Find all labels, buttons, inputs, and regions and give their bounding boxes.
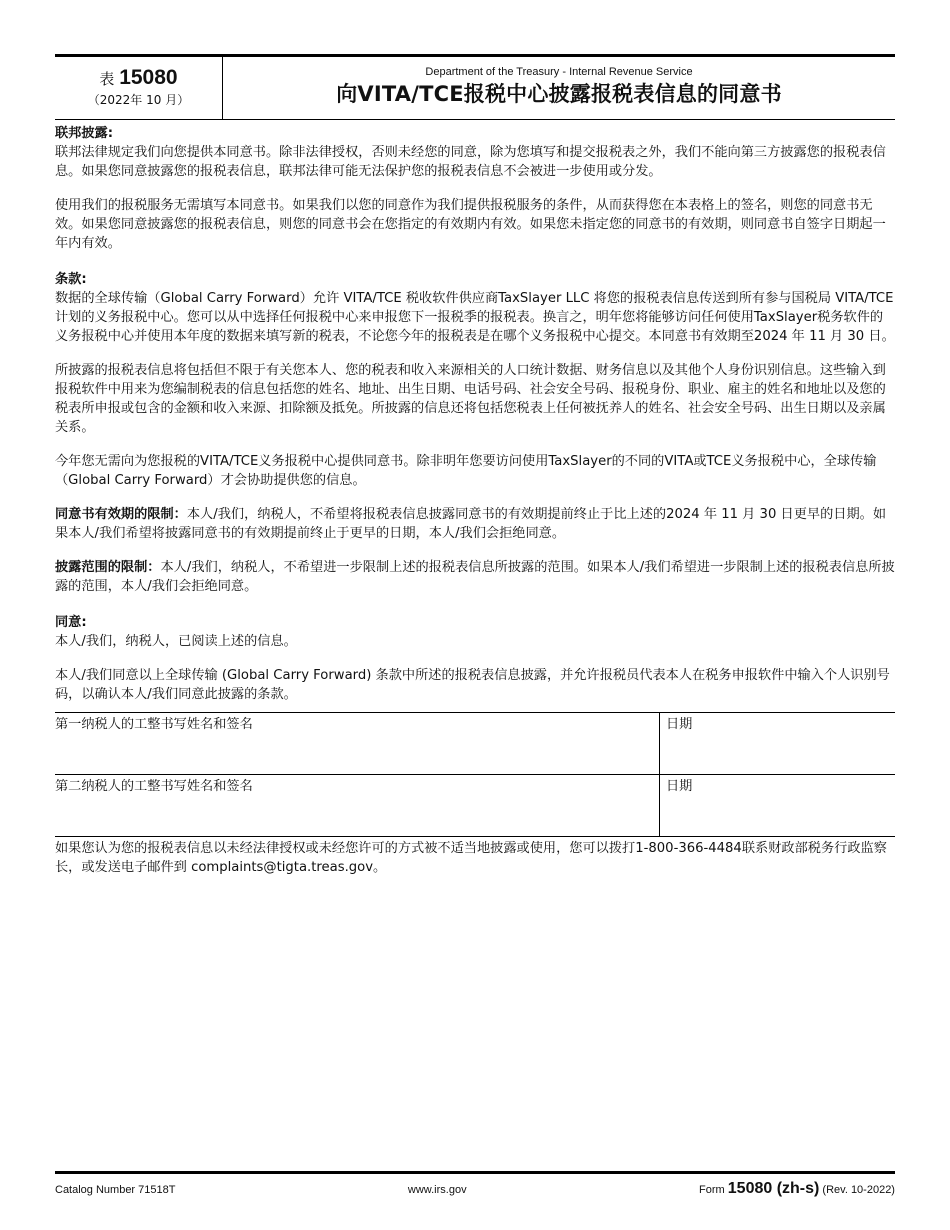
- footer-row: Catalog Number 71518T www.irs.gov Form 1…: [55, 1174, 895, 1198]
- secondary-taxpayer-signature-label: 第二纳税人的工整书写姓名和签名: [55, 779, 253, 794]
- federal-disclosure-heading: 联邦披露:: [55, 124, 895, 143]
- footer-form-word: Form: [699, 1184, 725, 1196]
- form-id-box: 表 15080 （2022年 10 月）: [55, 57, 223, 119]
- primary-taxpayer-signature-field[interactable]: 第一纳税人的工整书写姓名和签名: [55, 713, 659, 774]
- form-number-line: 表 15080: [55, 67, 222, 90]
- secondary-taxpayer-date-field[interactable]: 日期: [659, 775, 895, 836]
- footer-form-id: 15080 (zh-s): [728, 1180, 820, 1197]
- duration-limit-label: 同意书有效期的限制：: [55, 507, 187, 522]
- secondary-date-label: 日期: [666, 779, 692, 794]
- scope-limit-label: 披露范围的限制：: [55, 560, 161, 575]
- signature-table: 第一纳税人的工整书写姓名和签名 日期 第二纳税人的工整书写姓名和签名 日期: [55, 712, 895, 837]
- form-header: 表 15080 （2022年 10 月） Department of the T…: [55, 57, 895, 120]
- terms-heading: 条款:: [55, 270, 895, 289]
- footer-form-number: Form 15080 (zh-s) (Rev. 10-2022): [699, 1180, 895, 1198]
- primary-taxpayer-date-field[interactable]: 日期: [659, 713, 895, 774]
- terms-para-3: 今年您无需向为您报税的VITA/TCE义务报税中心提供同意书。除非明年您要访问使…: [55, 452, 895, 490]
- form-date: （2022年 10 月）: [55, 90, 222, 110]
- consent-heading: 同意:: [55, 613, 895, 632]
- signature-row-primary: 第一纳税人的工整书写姓名和签名 日期: [55, 713, 895, 775]
- irs-website-link[interactable]: www.irs.gov: [408, 1184, 467, 1196]
- federal-disclosure-para-2: 使用我们的报税服务无需填写本同意书。如果我们以您的同意作为我们提供报税服务的条件…: [55, 196, 895, 253]
- complaint-notice: 如果您认为您的报税表信息以未经法律授权或未经您许可的方式被不适当地披露或使用，您…: [55, 839, 895, 877]
- primary-taxpayer-signature-label: 第一纳税人的工整书写姓名和签名: [55, 717, 253, 732]
- signature-row-secondary: 第二纳税人的工整书写姓名和签名 日期: [55, 775, 895, 837]
- form-page: 表 15080 （2022年 10 月） Department of the T…: [55, 54, 895, 877]
- form-number: 15080: [119, 66, 177, 89]
- form-body: 联邦披露: 联邦法律规定我们向您提供本同意书。除非法律授权，否则未经您的同意，除…: [55, 124, 895, 877]
- footer-revision: (Rev. 10-2022): [822, 1184, 895, 1196]
- consent-para-1: 本人/我们，纳税人，已阅读上述的信息。: [55, 632, 895, 651]
- title-block: Department of the Treasury - Internal Re…: [223, 57, 895, 119]
- terms-para-1: 数据的全球传输（Global Carry Forward）允许 VITA/TCE…: [55, 289, 895, 346]
- terms-para-2: 所披露的报税表信息将包括但不限于有关您本人、您的税表和收入来源相关的人口统计数据…: [55, 361, 895, 437]
- scope-limit-text: 本人/我们，纳税人，不希望进一步限制上述的报税表信息所披露的范围。如果本人/我们…: [55, 560, 895, 594]
- catalog-number: Catalog Number 71518T: [55, 1184, 175, 1196]
- page-footer: Catalog Number 71518T www.irs.gov Form 1…: [55, 1171, 895, 1198]
- agency-name: Department of the Treasury - Internal Re…: [223, 65, 895, 79]
- consent-para-2: 本人/我们同意以上全球传输 (Global Carry Forward) 条款中…: [55, 666, 895, 704]
- form-prefix: 表: [99, 70, 114, 88]
- page-title: 向VITA/TCE报税中心披露报税表信息的同意书: [223, 79, 895, 109]
- federal-disclosure-para-1: 联邦法律规定我们向您提供本同意书。除非法律授权，否则未经您的同意，除为您填写和提…: [55, 143, 895, 181]
- primary-date-label: 日期: [666, 717, 692, 732]
- scope-limit-paragraph: 披露范围的限制：本人/我们，纳税人，不希望进一步限制上述的报税表信息所披露的范围…: [55, 558, 895, 596]
- secondary-taxpayer-signature-field[interactable]: 第二纳税人的工整书写姓名和签名: [55, 775, 659, 836]
- duration-limit-paragraph: 同意书有效期的限制：本人/我们，纳税人，不希望将报税表信息披露同意书的有效期提前…: [55, 505, 895, 543]
